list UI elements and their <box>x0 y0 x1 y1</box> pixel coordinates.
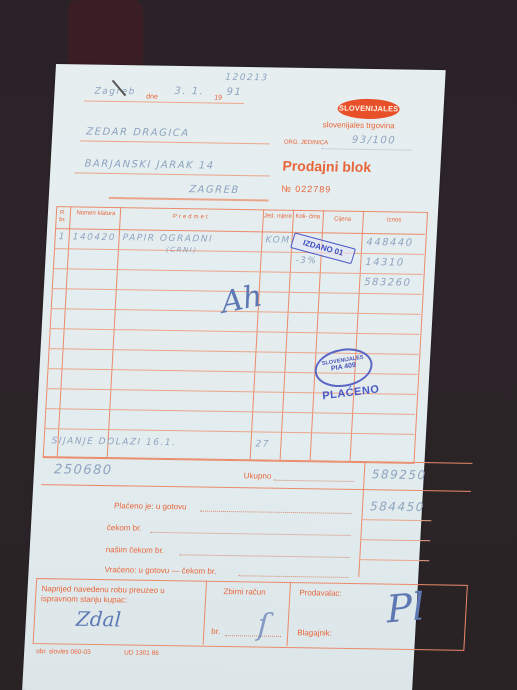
handwritten-top-number: 120213 <box>225 73 269 84</box>
col-iznos: Iznos <box>362 217 425 225</box>
row-jed-mjere: KOM <box>265 235 291 245</box>
table-footer-note: SIJANJE DOLAZI 16.1. <box>51 436 176 448</box>
row-predmet: PAPIR OGRADNI <box>122 233 213 244</box>
totals-left-handwritten: 250680 <box>54 462 113 478</box>
row-rbr: 1 <box>58 232 66 242</box>
col-rbr: R. br. <box>55 210 70 224</box>
handwritten-place: Zagreb <box>94 87 136 98</box>
row-nomenklatura: 140420 <box>72 232 116 243</box>
br-label: br. <box>211 627 220 636</box>
row-iznos: 14310 <box>365 257 405 269</box>
row-predmet-line2: (CRNI) <box>166 246 198 254</box>
buyer-city: ZAGREB <box>189 184 240 196</box>
row-iznos: 448440 <box>366 237 414 249</box>
col-nomenklatura: Nomen klatura <box>72 210 120 218</box>
year-prefix-label: 19 <box>214 95 222 102</box>
table-row: 1 140420 PAPIR OGRADNI (CRNI) KOM 448440 <box>56 64 446 70</box>
org-unit-value: 93/100 <box>352 135 397 147</box>
row-iznos: 583260 <box>364 277 412 289</box>
placeno-label: Plaćeno je: u gotovu <box>114 501 187 511</box>
items-table: R. br. Nomen klatura Predmet Jed. mjere … <box>56 64 446 70</box>
zbirni-racun-label: Zbirni račun <box>223 587 266 597</box>
buyer-name: ZEDAR DRAGICA <box>86 127 190 140</box>
table-row: 583260 <box>56 64 446 70</box>
buyer-address: BARJANSKI JARAK 14 <box>84 159 215 172</box>
handwritten-date: 3. 1. <box>174 86 204 97</box>
cashier-signature: ſ <box>257 608 270 643</box>
background-fabric <box>68 0 143 66</box>
blagajnik-label: Blagajnik: <box>297 628 332 638</box>
dne-label: dne <box>146 93 158 100</box>
col-kolicina: Koli- čina <box>293 214 323 221</box>
ukupno-value: 589250 <box>371 467 427 482</box>
nasim-cekom-label: našim čekom br. <box>105 545 164 555</box>
table-footer-col: 27 <box>255 439 270 449</box>
col-jed-mjere: Jed. mjere <box>263 213 293 220</box>
form-code: obr. slovles 060-03 <box>36 648 91 656</box>
company-name: slovenijales trgovina <box>323 120 395 130</box>
seller-signature: Pl <box>386 584 426 631</box>
cekom-label: čekom br. <box>107 523 142 533</box>
org-unit-label: ORG. JEDINICA <box>284 140 329 147</box>
ud-code: UD 1301 86 <box>124 649 159 657</box>
number-label: № <box>281 184 291 194</box>
placeno-value: 584450 <box>370 499 426 514</box>
row-kolicina: -3% <box>295 256 318 266</box>
table-row: -3% 14310 <box>56 64 446 70</box>
buyer-signature: Zdal <box>75 607 121 632</box>
slovenijales-logo: SLOVENIJALES <box>337 98 400 119</box>
receipt-number: 022789 <box>295 184 332 195</box>
prodavalac-label: Prodavalac: <box>299 588 342 598</box>
buyer-statement: Naprijed navedenu robu preuzeo u ispravn… <box>41 584 202 607</box>
ukupno-label: Ukupno <box>243 471 271 480</box>
form-title: Prodajni blok <box>282 158 371 175</box>
col-cijena: Cijena <box>322 216 362 224</box>
vraceno-label: Vraćeno: u gotovu — čekom br. <box>104 565 216 576</box>
handwritten-year: 91 <box>226 87 242 98</box>
receipt-paper: 120213 Zagreb dne 3. 1. 19 91 ZEDAR DRAG… <box>22 64 446 690</box>
